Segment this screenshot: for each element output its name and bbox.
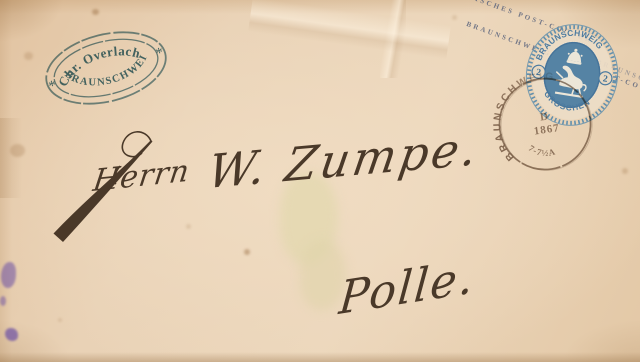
address-salutation: Herrn bbox=[90, 154, 192, 199]
address-recipient: W. Zumpe. bbox=[204, 122, 483, 200]
handwritten-address: Herrn W. Zumpe. Polle. bbox=[0, 0, 640, 362]
envelope-photo: BRAUNSCHWEIGISCHES POST-COUVERT BRAUNSCH… bbox=[0, 0, 640, 362]
address-destination: Polle. bbox=[336, 250, 477, 325]
